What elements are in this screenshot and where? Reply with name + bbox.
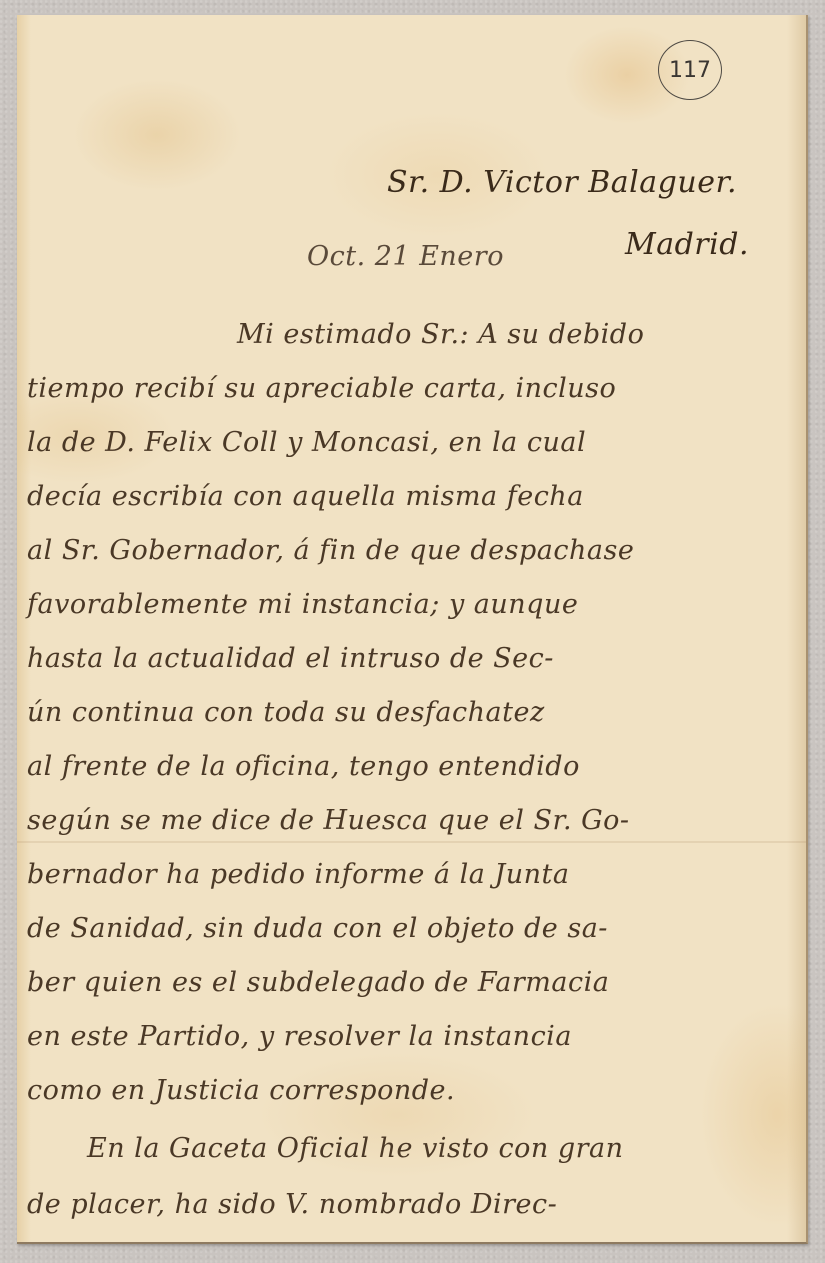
body-line: ún continua con toda su desfachatez	[27, 697, 545, 728]
paper-fold-line	[17, 841, 806, 843]
addressee-line: Sr. D. Victor Balaguer.	[387, 165, 737, 200]
salutation-line: Mi estimado Sr.: A su debido	[237, 319, 644, 350]
folio-number-circled: 117	[658, 40, 722, 100]
body-line: la de D. Felix Coll y Moncasi, en la cua…	[27, 427, 586, 458]
body-line: tiempo recibí su apreciable carta, inclu…	[27, 373, 616, 404]
body-line: favorablemente mi instancia; y aunque	[27, 589, 578, 620]
body-line: ber quien es el subdelegado de Farmacia	[27, 967, 609, 998]
body-line: al frente de la oficina, tengo entendido	[27, 751, 580, 782]
body-line: según se me dice de Huesca que el Sr. Go…	[27, 805, 630, 836]
body-line: hasta la actualidad el intruso de Sec-	[27, 643, 554, 674]
paragraph2-line: En la Gaceta Oficial he visto con gran	[87, 1133, 624, 1164]
body-line: en este Partido, y resolver la instancia	[27, 1021, 572, 1052]
body-line: de Sanidad, sin duda con el objeto de sa…	[27, 913, 608, 944]
date-line: Oct. 21 Enero	[307, 241, 504, 272]
city-line: Madrid.	[625, 227, 749, 262]
paragraph2-line: de placer, ha sido V. nombrado Direc-	[27, 1189, 557, 1220]
body-line: bernador ha pedido informe á la Junta	[27, 859, 569, 890]
body-line: decía escribía con aquella misma fecha	[27, 481, 584, 512]
body-line: como en Justicia corresponde.	[27, 1075, 455, 1106]
body-line: al Sr. Gobernador, á fin de que despacha…	[27, 535, 634, 566]
letter-page: 117 Sr. D. Victor Balaguer. Oct. 21 Ener…	[17, 15, 808, 1244]
folio-number: 117	[669, 58, 711, 83]
